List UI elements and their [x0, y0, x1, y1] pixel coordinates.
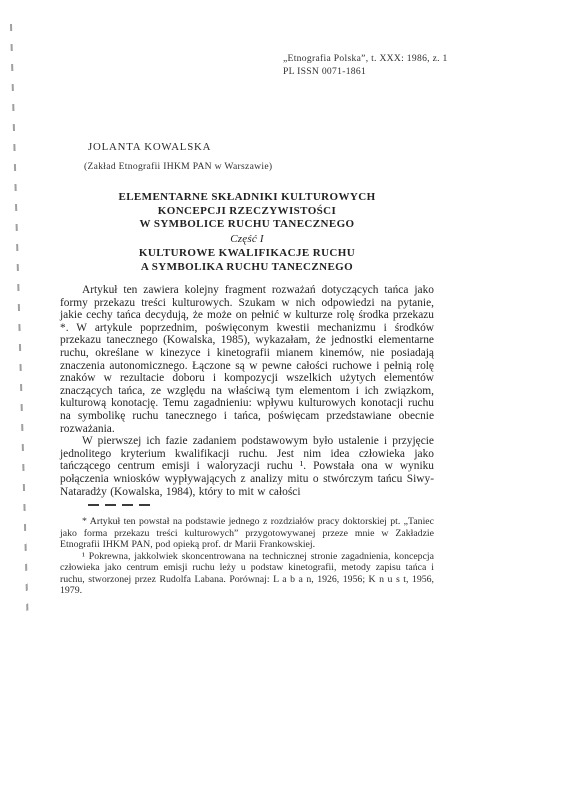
footnote-separator-line — [88, 504, 152, 506]
title-part-label: Część I — [60, 233, 434, 247]
scanned-journal-page: „Etnografia Polska”, t. XXX: 1986, z. 1 … — [0, 0, 566, 800]
author-name: JOLANTA KOWALSKA — [88, 141, 211, 153]
body-paragraph-2: W pierwszej ich fazie zadaniem podstawow… — [60, 435, 434, 498]
footnote-1: ¹ Pokrewna, jakkolwiek skoncentrowana na… — [60, 551, 434, 597]
subtitle-line-2: A SYMBOLIKA RUCHU TANECZNEGO — [60, 261, 434, 275]
journal-issn: PL ISSN 0071-1861 — [283, 65, 448, 78]
author-affiliation: (Zakład Etnografii IHKM PAN w Warszawie) — [84, 161, 272, 172]
body-paragraph-1: Artykuł ten zawiera kolejny fragment roz… — [60, 284, 434, 435]
journal-title-volume: „Etnografia Polska”, t. XXX: 1986, z. 1 — [283, 52, 448, 65]
footnote-star: * Artykuł ten powstał na podstawie jedne… — [60, 516, 434, 551]
journal-header: „Etnografia Polska”, t. XXX: 1986, z. 1 … — [283, 52, 448, 78]
article-title-block: ELEMENTARNE SKŁADNIKI KULTUROWYCH KONCEP… — [60, 191, 434, 274]
title-line-1: ELEMENTARNE SKŁADNIKI KULTUROWYCH — [60, 191, 434, 205]
article-body: Artykuł ten zawiera kolejny fragment roz… — [60, 284, 434, 498]
subtitle-line-1: KULTUROWE KWALIFIKACJE RUCHU — [60, 247, 434, 261]
scan-margin-dashed-line — [10, 24, 29, 616]
title-line-2: KONCEPCJI RZECZYWISTOŚCI — [60, 205, 434, 219]
title-line-3: W SYMBOLICE RUCHU TANECZNEGO — [60, 218, 434, 232]
footnotes-block: * Artykuł ten powstał na podstawie jedne… — [60, 516, 434, 597]
